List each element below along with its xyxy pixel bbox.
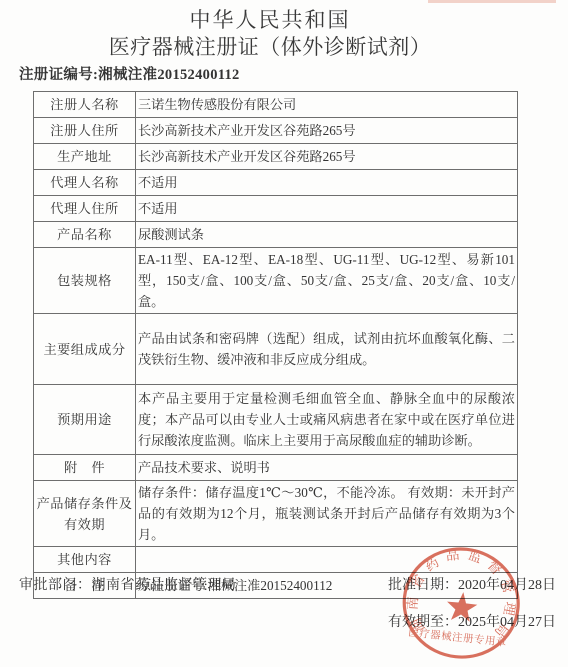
- field-label: 附 件: [34, 455, 136, 481]
- certificate-number-line: 注册证编号:湘械注准20152400112: [19, 63, 240, 84]
- field-label: 主要组成成分: [34, 314, 136, 385]
- field-label: 其他内容: [34, 547, 136, 573]
- table-row-registrant-address: 注册人住所 长沙高新技术产业开发区谷苑路265号: [34, 118, 518, 144]
- table-row-registrant-name: 注册人名称 三诺生物传感股份有限公司: [34, 92, 518, 118]
- table-row-agent-name: 代理人名称 不适用: [34, 170, 518, 196]
- seal-purpose-text: 医疗器械注册专用章: [408, 626, 508, 649]
- certificate-number-label: 注册证编号:: [19, 67, 98, 83]
- field-value: 尿酸测试条: [136, 222, 518, 248]
- certificate-table: 注册人名称 三诺生物传感股份有限公司 注册人住所 长沙高新技术产业开发区谷苑路2…: [33, 91, 518, 599]
- field-value: 不适用: [136, 170, 518, 196]
- table-row-intended-use: 预期用途 本产品主要用于定量检测毛细血管全血、静脉全血中的尿酸浓度；本产品可以由…: [34, 385, 518, 455]
- seal-star-icon: [445, 591, 478, 623]
- field-label: 注册人住所: [34, 118, 136, 144]
- field-value: 产品技术要求、说明书: [136, 455, 518, 481]
- certificate-page: 中华人民共和国 医疗器械注册证（体外诊断试剂） 注册证编号:湘械注准201524…: [0, 0, 568, 667]
- table-row-production-address: 生产地址 长沙高新技术产业开发区谷苑路265号: [34, 144, 518, 170]
- field-label: 注册人名称: [34, 92, 136, 118]
- field-value: 不适用: [136, 196, 518, 222]
- table-row-packaging-spec: 包装规格 EA-11型、EA-12型、EA-18型、UG-11型、UG-12型、…: [34, 248, 518, 314]
- field-label: 代理人名称: [34, 170, 136, 196]
- field-value: EA-11型、EA-12型、EA-18型、UG-11型、UG-12型、易新101…: [136, 248, 518, 314]
- certificate-number-value: 湘械注准20152400112: [98, 67, 239, 83]
- table-row-main-components: 主要组成成分 产品由试条和密码牌（选配）组成，试剂由抗坏血酸氧化酶、二茂铁衍生物…: [34, 314, 518, 385]
- field-value: 本产品主要用于定量检测毛细血管全血、静脉全血中的尿酸浓度；本产品可以由专业人士或…: [136, 385, 518, 455]
- field-value: 长沙高新技术产业开发区谷苑路265号: [136, 118, 518, 144]
- table-row-product-name: 产品名称 尿酸测试条: [34, 222, 518, 248]
- field-label: 代理人住所: [34, 196, 136, 222]
- table-row-storage-validity: 产品储存条件及有效期 储存条件：储存温度1℃～30℃，不能冷冻。 有效期：未开封…: [34, 481, 518, 547]
- field-value: 产品由试条和密码牌（选配）组成，试剂由抗坏血酸氧化酶、二茂铁衍生物、缓冲液和非反…: [136, 314, 518, 385]
- table-row-attachments: 附 件 产品技术要求、说明书: [34, 455, 518, 481]
- field-value: 储存条件：储存温度1℃～30℃，不能冷冻。 有效期：未开封产品的有效期为12个月…: [136, 481, 518, 547]
- field-label: 产品名称: [34, 222, 136, 248]
- field-label: 预期用途: [34, 385, 136, 455]
- field-label: 包装规格: [34, 248, 136, 314]
- table-row-agent-address: 代理人住所 不适用: [34, 196, 518, 222]
- field-value: 三诺生物传感股份有限公司: [136, 92, 518, 118]
- approval-department: 审批部门：湖南省药品监督管理局: [19, 574, 237, 594]
- field-value: 长沙高新技术产业开发区谷苑路265号: [136, 144, 518, 170]
- official-seal-stamp: 湖南省药品监督管理局 医疗器械注册专用章: [396, 545, 526, 667]
- field-label: 生产地址: [34, 144, 136, 170]
- country-title: 中华人民共和国: [0, 4, 540, 34]
- scan-artifact-pink-strip: [428, 0, 556, 3]
- field-label: 产品储存条件及有效期: [34, 481, 136, 547]
- certificate-title: 医疗器械注册证（体外诊断试剂）: [0, 31, 540, 61]
